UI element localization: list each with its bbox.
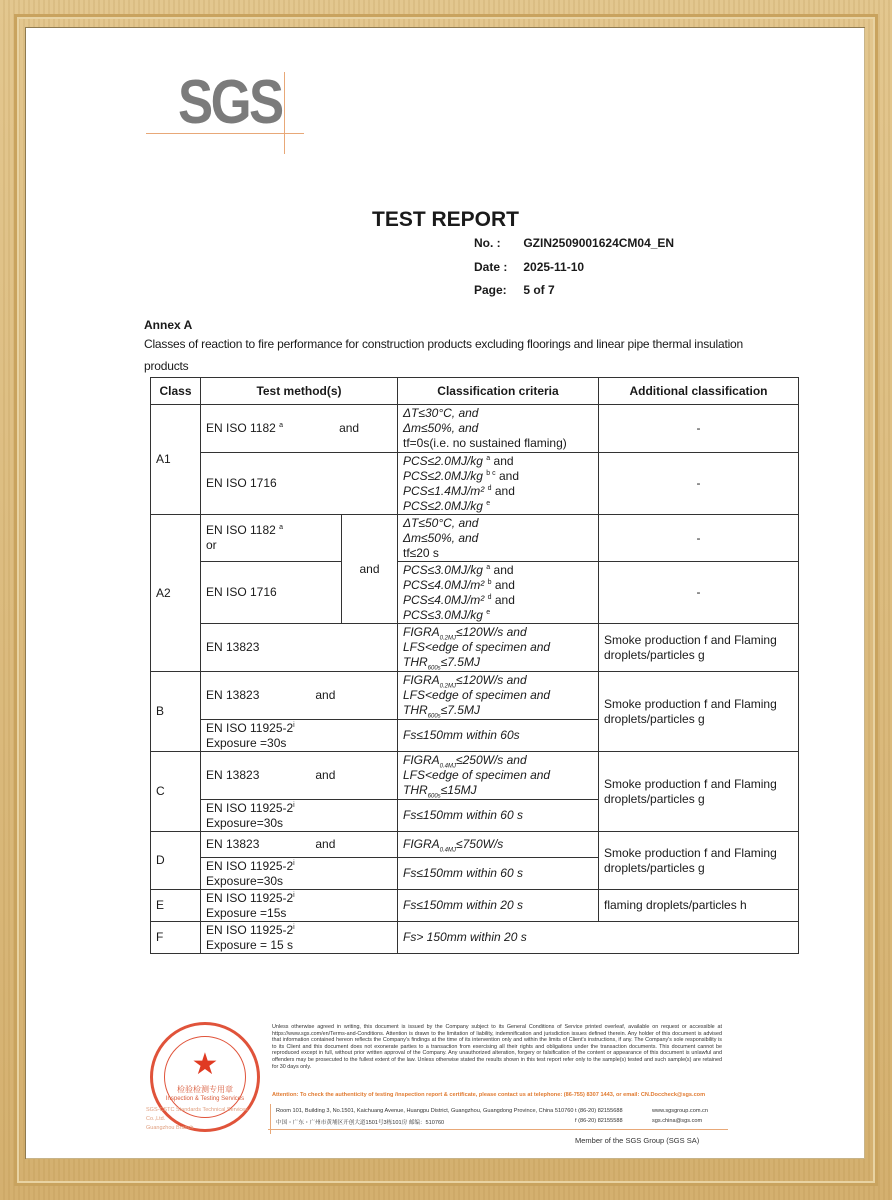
and-text: and [495, 593, 515, 607]
and-text: and [315, 688, 335, 702]
and-text: and [315, 837, 335, 851]
criteria-line: PCS≤3.0MJ/kg a and [403, 563, 593, 578]
additional-cell: - [599, 515, 799, 562]
criteria-line: PCS≤2.0MJ/kg a and [403, 454, 593, 469]
method-cell: EN 13823and [201, 672, 398, 720]
criteria-line: FIGRA0.2MJ≤120W/s and [403, 673, 593, 688]
logo-vertical-rule [284, 72, 285, 154]
header-test-method: Test method(s) [201, 378, 398, 405]
criteria-line: THR600s≤7.5MJ [403, 703, 593, 718]
class-cell: A1 [151, 405, 201, 515]
report-number-label: No. : [474, 236, 520, 250]
criteria-line: tf=0s(i.e. no sustained flaming) [403, 436, 593, 451]
stamp-company-name: SGS-CSTC Standards Technical Services Co… [146, 1106, 266, 1133]
additional-cell: - [599, 453, 799, 515]
criteria-line: PCS≤4.0MJ/m² b and [403, 578, 593, 593]
report-number-value: GZIN2509001624CM04_EN [523, 236, 674, 250]
stamp-company-line: Guangzhou Branch [146, 1124, 266, 1133]
method-cell: EN ISO 11925-2iExposure=30s [201, 800, 398, 832]
criteria-line: LFS<edge of specimen and [403, 640, 593, 655]
criteria-cell: ΔT≤50°C, andΔm≤50%, andtf≤20 s [398, 515, 599, 562]
criteria-line: Δm≤50%, and [403, 421, 593, 436]
criteria-text: PCS≤4.0MJ/m² [403, 578, 484, 592]
additional-cell: Smoke production f and Flaming droplets/… [599, 832, 799, 890]
criteria-cell: Fs≤150mm within 60s [398, 720, 599, 752]
footnote-mark: a [279, 422, 283, 429]
method-cell: EN ISO 11925-2iExposure=30s [201, 858, 398, 890]
footer-rule [268, 1129, 728, 1130]
table-row: B EN 13823and FIGRA0.2MJ≤120W/s andLFS<e… [151, 672, 799, 720]
footnote-mark: a [486, 564, 490, 571]
table-row: A1 EN ISO 1182 aand ΔT≤30°C, andΔm≤50%, … [151, 405, 799, 453]
additional-cell: - [599, 562, 799, 624]
additional-cell: Smoke production f and Flaming droplets/… [599, 624, 799, 672]
method-text: EN ISO 11925-2 [206, 721, 293, 735]
report-date: Date : 2025-11-10 [474, 260, 584, 274]
header-additional: Additional classification [599, 378, 799, 405]
method-text: EN ISO 11925-2 [206, 891, 293, 905]
and-text: and [339, 421, 359, 435]
criteria-line: ΔT≤30°C, and [403, 406, 593, 421]
fax-number: f (86-20) 82155588 [575, 1118, 623, 1124]
exposure-text: Exposure =15s [206, 906, 392, 921]
table-row: EN ISO 1716 PCS≤2.0MJ/kg a and PCS≤2.0MJ… [151, 453, 799, 515]
criteria-line: Δm≤50%, and [403, 531, 593, 546]
method-cell: EN ISO 1182 aor [201, 515, 342, 562]
table-row: A2 EN ISO 1182 aor and ΔT≤50°C, andΔm≤50… [151, 515, 799, 562]
footnote-mark: i [293, 722, 295, 729]
footnote-mark: a [279, 524, 283, 531]
logo-horizontal-rule [146, 133, 304, 134]
footnote-mark: b c [486, 470, 495, 477]
criteria-line: PCS≤1.4MJ/m² d and [403, 484, 593, 499]
criteria-cell: FIGRA0.2MJ≤120W/s andLFS<edge of specime… [398, 672, 599, 720]
table-row: E EN ISO 11925-2iExposure =15s Fs≤150mm … [151, 890, 799, 922]
and-cell: and [342, 515, 398, 624]
and-text: and [495, 578, 515, 592]
criteria-line: PCS≤3.0MJ/kg e [403, 608, 593, 623]
and-text: and [499, 469, 519, 483]
sgs-logo: SGS [146, 72, 306, 162]
and-text: and [494, 563, 514, 577]
criteria-cell: FIGRA0.2MJ≤120W/s andLFS<edge of specime… [398, 624, 599, 672]
header-class: Class [151, 378, 201, 405]
email-link[interactable]: sgs.china@sgs.com [652, 1118, 702, 1124]
report-number: No. : GZIN2509001624CM04_EN [474, 236, 674, 250]
method-cell: EN ISO 11925-2iExposure =30s [201, 720, 398, 752]
criteria-cell: PCS≤2.0MJ/kg a and PCS≤2.0MJ/kg b c and … [398, 453, 599, 515]
footnote-mark: e [486, 500, 490, 507]
additional-cell: - [599, 405, 799, 453]
report-date-label: Date : [474, 260, 520, 274]
footnote-mark: b [488, 579, 492, 586]
footnote-mark: i [293, 802, 295, 809]
criteria-cell: PCS≤3.0MJ/kg a and PCS≤4.0MJ/m² b and PC… [398, 562, 599, 624]
legal-disclaimer: Unless otherwise agreed in writing, this… [272, 1024, 722, 1070]
criteria-line: LFS<edge of specimen and [403, 768, 593, 783]
address-chinese: 中国・广东・广州市黄埔区开创大道1501号3栋101房 邮编：510760 [276, 1118, 444, 1126]
additional-cell: Smoke production f and Flaming droplets/… [599, 752, 799, 832]
phone-number: t (86-20) 82155688 [575, 1108, 623, 1114]
criteria-text: PCS≤1.4MJ/m² [403, 484, 484, 498]
criteria-line: THR600s≤15MJ [403, 783, 593, 798]
table-row: C EN 13823and FIGRA0.4MJ≤250W/s andLFS<e… [151, 752, 799, 800]
table-row: EN 13823 FIGRA0.2MJ≤120W/s andLFS<edge o… [151, 624, 799, 672]
criteria-cell: Fs≤150mm within 60 s [398, 858, 599, 890]
footnote-mark: a [486, 455, 490, 462]
class-cell: E [151, 890, 201, 922]
method-text: EN 13823 [206, 768, 259, 782]
footnote-mark: i [293, 860, 295, 867]
authenticity-notice: Attention: To check the authenticity of … [272, 1092, 732, 1099]
address-english: Room 101, Building 3, No.1501, Kaichuang… [276, 1108, 574, 1114]
table-header-row: Class Test method(s) Classification crit… [151, 378, 799, 405]
and-text: and [315, 768, 335, 782]
method-cell: EN ISO 1716 [201, 453, 398, 515]
footnote-mark: e [486, 609, 490, 616]
table-row: D EN 13823and FIGRA0.4MJ≤750W/s Smoke pr… [151, 832, 799, 858]
method-text: EN ISO 1182 [206, 523, 276, 537]
footnote-mark: d [488, 594, 492, 601]
method-text: EN ISO 11925-2 [206, 923, 293, 937]
exposure-text: Exposure = 15 s [206, 938, 392, 953]
and-text: and [495, 484, 515, 498]
criteria-text: PCS≤2.0MJ/kg [403, 469, 483, 483]
criteria-cell: Fs> 150mm within 20 s [398, 922, 799, 954]
and-text: and [494, 454, 514, 468]
criteria-line: THR600s≤7.5MJ [403, 655, 593, 670]
additional-cell: flaming droplets/particles h [599, 890, 799, 922]
method-text: EN ISO 11925-2 [206, 801, 293, 815]
criteria-line: ΔT≤50°C, and [403, 516, 593, 531]
or-text: or [206, 538, 336, 553]
table-row: EN ISO 1716 PCS≤3.0MJ/kg a and PCS≤4.0MJ… [151, 562, 799, 624]
method-text: EN ISO 11925-2 [206, 859, 293, 873]
exposure-text: Exposure =30s [206, 736, 392, 751]
criteria-text: PCS≤3.0MJ/kg [403, 608, 483, 622]
criteria-line: PCS≤4.0MJ/m² d and [403, 593, 593, 608]
criteria-line: PCS≤2.0MJ/kg b c and [403, 469, 593, 484]
criteria-cell: FIGRA0.4MJ≤250W/s andLFS<edge of specime… [398, 752, 599, 800]
class-cell: C [151, 752, 201, 832]
method-cell: EN ISO 11925-2iExposure =15s [201, 890, 398, 922]
header-criteria: Classification criteria [398, 378, 599, 405]
criteria-line: FIGRA0.2MJ≤120W/s and [403, 625, 593, 640]
footnote-mark: i [293, 892, 295, 899]
report-page-label: Page: [474, 283, 520, 297]
method-cell: EN 13823and [201, 832, 398, 858]
footnote-mark: i [293, 924, 295, 931]
criteria-line: LFS<edge of specimen and [403, 688, 593, 703]
criteria-text: PCS≤2.0MJ/kg [403, 499, 483, 513]
exposure-text: Exposure=30s [206, 874, 392, 889]
exposure-text: Exposure=30s [206, 816, 392, 831]
additional-cell: Smoke production f and Flaming droplets/… [599, 672, 799, 752]
criteria-cell: ΔT≤30°C, andΔm≤50%, andtf=0s(i.e. no sus… [398, 405, 599, 453]
class-cell: D [151, 832, 201, 890]
stamp-chinese-text: 检验检测专用章 [150, 1084, 260, 1095]
class-cell: B [151, 672, 201, 752]
report-date-value: 2025-11-10 [523, 260, 584, 274]
criteria-line: PCS≤2.0MJ/kg e [403, 499, 593, 514]
criteria-cell: Fs≤150mm within 60 s [398, 800, 599, 832]
report-title: TEST REPORT [372, 208, 519, 232]
method-cell: EN 13823and [201, 752, 398, 800]
method-text: EN ISO 1182 [206, 421, 276, 435]
report-page-value: 5 of 7 [523, 283, 554, 297]
criteria-cell: FIGRA0.4MJ≤750W/s [398, 832, 599, 858]
report-page: Page: 5 of 7 [474, 283, 555, 297]
criteria-line: FIGRA0.4MJ≤250W/s and [403, 753, 593, 768]
annex-description: Classes of reaction to fire performance … [144, 333, 744, 377]
stamp-company-line: SGS-CSTC Standards Technical Services Co… [146, 1106, 266, 1124]
method-text: EN 13823 [206, 688, 259, 702]
method-cell: EN 13823 [201, 624, 398, 672]
member-statement: Member of the SGS Group (SGS SA) [575, 1136, 699, 1145]
method-cell: EN ISO 1182 aand [201, 405, 398, 453]
criteria-text: PCS≤3.0MJ/kg [403, 563, 483, 577]
sgs-logo-text: SGS [178, 72, 282, 134]
footnote-mark: d [488, 485, 492, 492]
criteria-text: PCS≤2.0MJ/kg [403, 454, 483, 468]
star-icon: ★ [150, 1050, 260, 1080]
method-text: EN 13823 [206, 837, 259, 851]
website-link[interactable]: www.sgsgroup.com.cn [652, 1108, 708, 1114]
annex-title: Annex A [144, 318, 192, 332]
criteria-text: PCS≤4.0MJ/m² [403, 593, 484, 607]
method-cell: EN ISO 1716 [201, 562, 342, 624]
classification-table: Class Test method(s) Classification crit… [150, 377, 799, 954]
criteria-line: tf≤20 s [403, 546, 593, 561]
stamp-english-text: Inspection & Testing Services [150, 1096, 260, 1102]
class-cell: F [151, 922, 201, 954]
table-row: F EN ISO 11925-2iExposure = 15 s Fs> 150… [151, 922, 799, 954]
criteria-cell: Fs≤150mm within 20 s [398, 890, 599, 922]
method-cell: EN ISO 11925-2iExposure = 15 s [201, 922, 398, 954]
class-cell: A2 [151, 515, 201, 672]
